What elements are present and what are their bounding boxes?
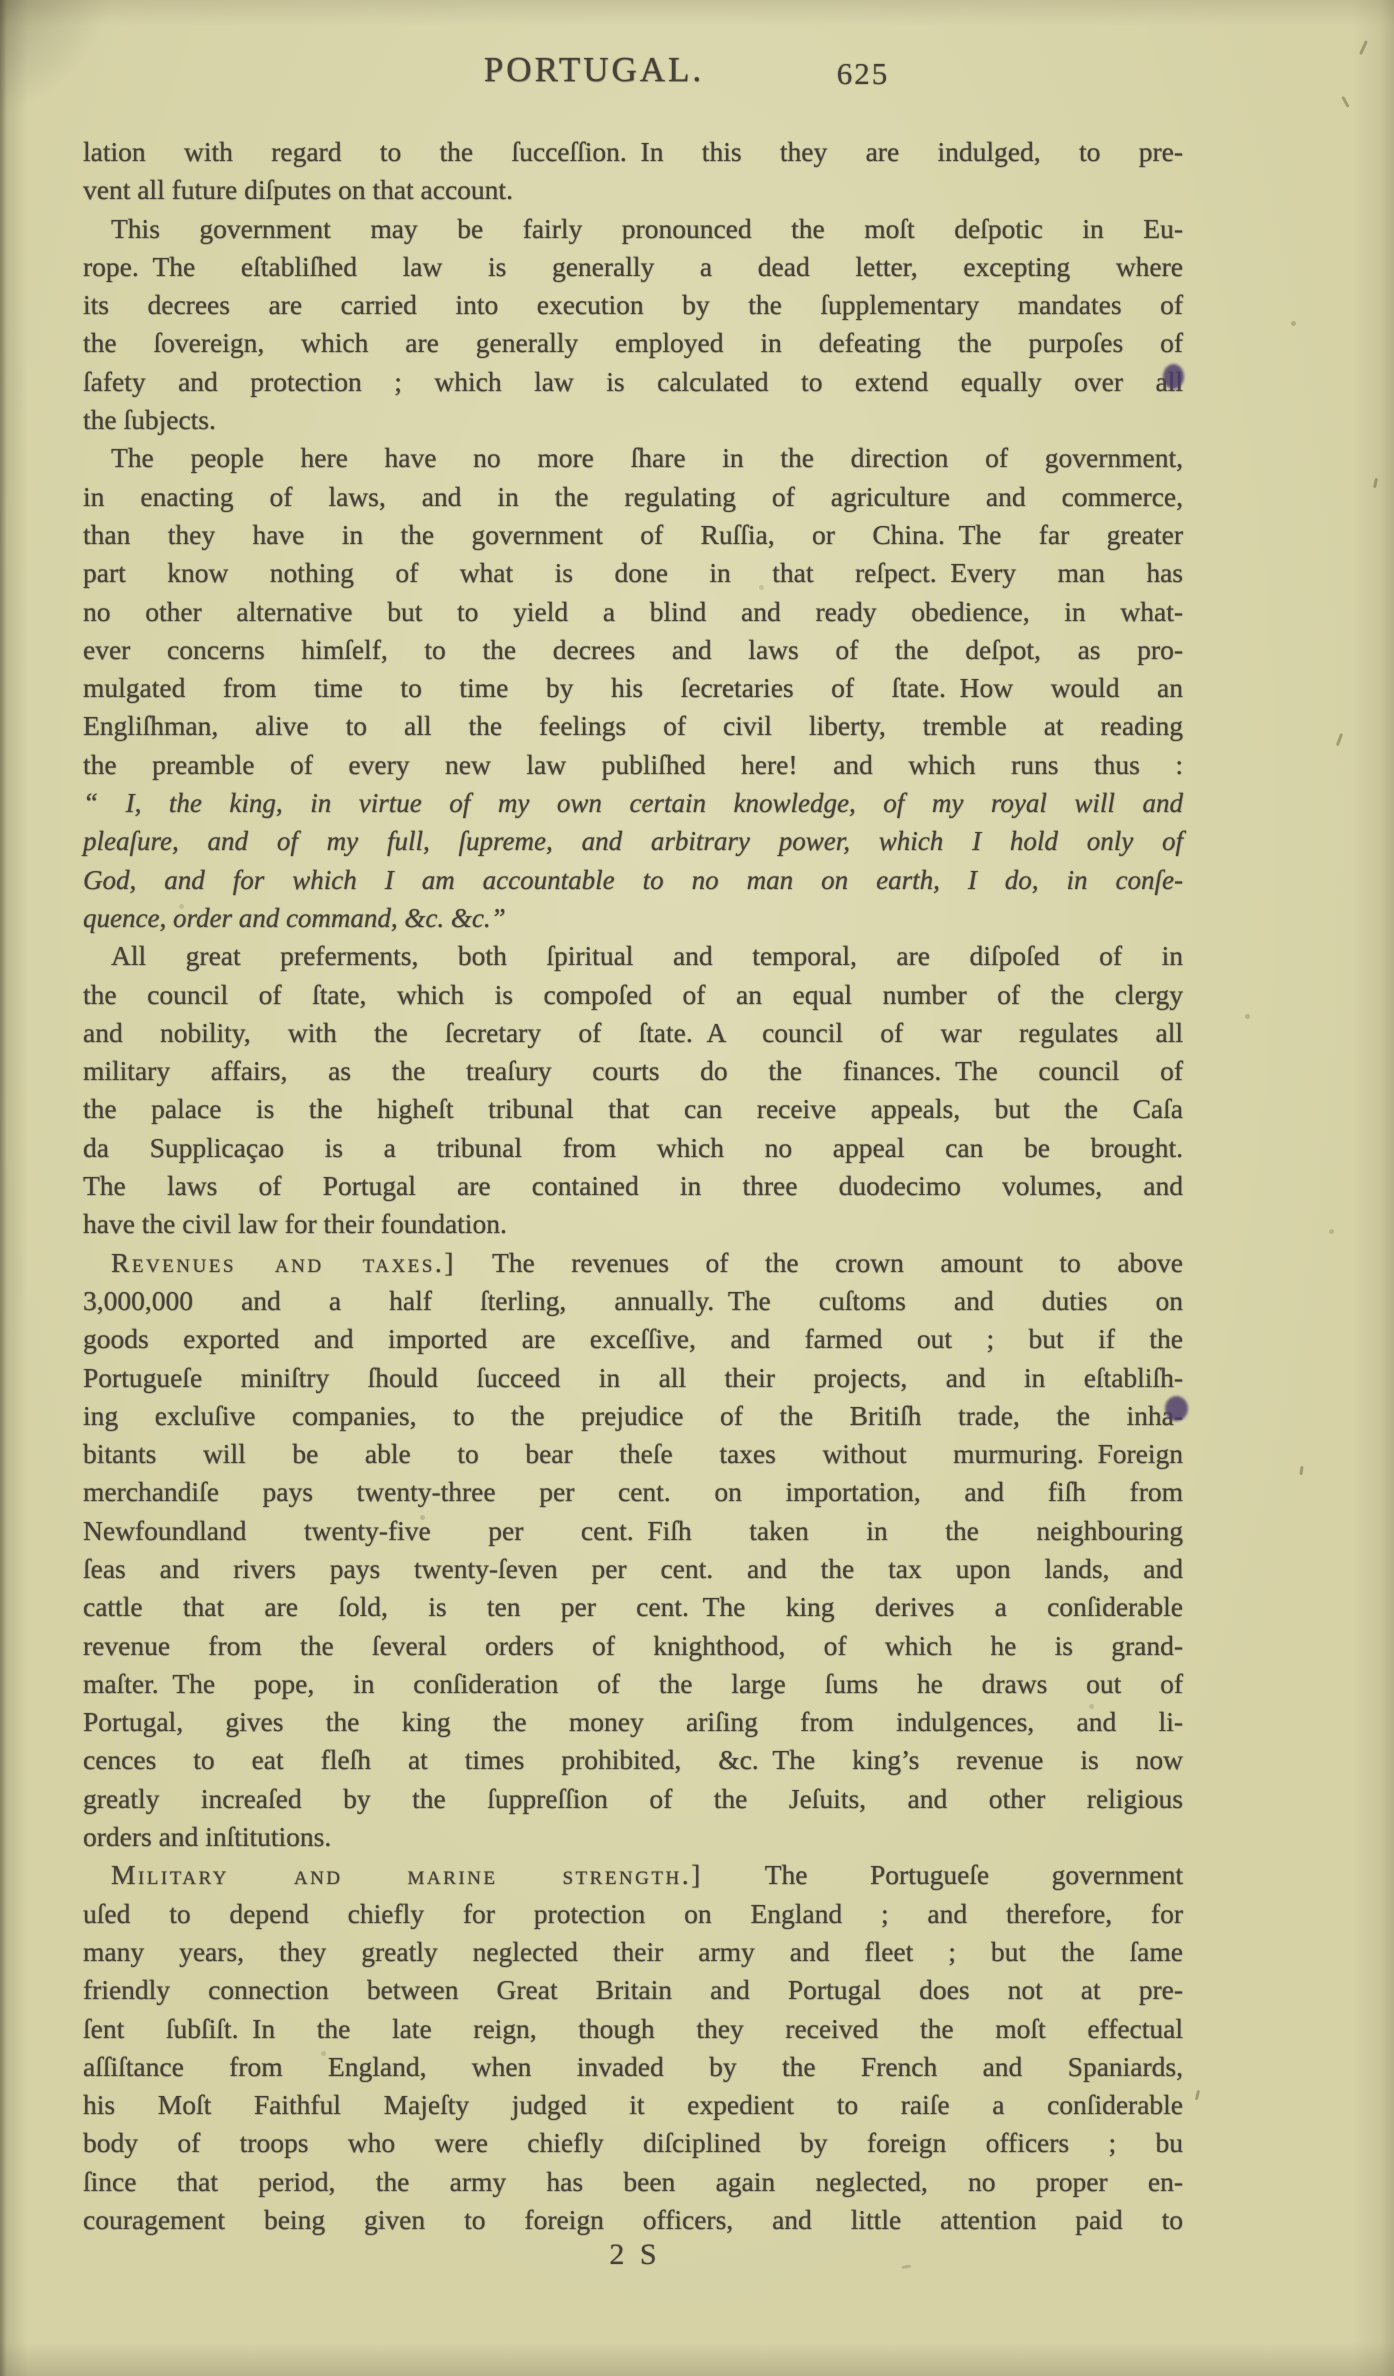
- text-line: body of troops who were chiefly diſcipli…: [83, 2124, 1183, 2162]
- text-line: the preamble of every new law publiſhed …: [83, 746, 1183, 784]
- text-line: in enacting of laws, and in the regulati…: [83, 478, 1183, 516]
- text-line: Revenues and taxes.] The revenues of the…: [83, 1244, 1183, 1282]
- margin-mark: [1299, 1466, 1303, 1475]
- text-line: cattle that are ſold, is ten per cent. T…: [83, 1588, 1183, 1626]
- text-line: ever concerns himſelf, to the decrees an…: [83, 631, 1183, 669]
- text-line: rope. The eſtabliſhed law is generally a…: [83, 248, 1183, 286]
- text-line: cences to eat fleſh at times prohibited,…: [83, 1741, 1183, 1779]
- text-line: pleaſure, and of my full, ſupreme, and a…: [83, 822, 1183, 860]
- margin-mark: [1359, 40, 1367, 55]
- text-line: the ſovereign, which are generally emplo…: [83, 324, 1183, 362]
- text-line: many years, they greatly neglected their…: [83, 1933, 1183, 1971]
- section-heading: Military and marine strength.]: [111, 1859, 703, 1890]
- text-line: ſeas and rivers pays twenty-ſeven per ce…: [83, 1550, 1183, 1588]
- ink-blob: [1163, 364, 1184, 389]
- text-line: aſſiſtance from England, when invaded by…: [83, 2048, 1183, 2086]
- text-line: Military and marine strength.] The Portu…: [83, 1856, 1183, 1894]
- text-line: have the civil law for their foundation.: [83, 1205, 1183, 1243]
- text-line: The laws of Portugal are contained in th…: [83, 1167, 1183, 1205]
- text-line: The people here have no more ſhare in th…: [83, 439, 1183, 477]
- text-line: quence, order and command, &c. &c.”: [83, 899, 1183, 937]
- text-line: the council of ſtate, which is compoſed …: [83, 976, 1183, 1014]
- text-line: Portugueſe miniſtry ſhould ſucceed in al…: [83, 1359, 1183, 1397]
- book-page: PORTUGAL. 625 lation with regard to the …: [0, 0, 1394, 2376]
- text-line: mulgated from time to time by his ſecret…: [83, 669, 1183, 707]
- text-line: Newfoundland twenty-five per cent. Fiſh …: [83, 1512, 1183, 1550]
- text-line: Portugal, gives the king the money ariſi…: [83, 1703, 1183, 1741]
- text-line: This government may be fairly pronounced…: [83, 210, 1183, 248]
- text-line: vent all future diſputes on that account…: [83, 171, 1183, 209]
- text-line: the palace is the higheſt tribunal that …: [83, 1090, 1183, 1128]
- text-line: orders and inſtitutions.: [83, 1818, 1183, 1856]
- page-title: PORTUGAL.: [484, 50, 704, 90]
- text-line: merchandiſe pays twenty-three per cent. …: [83, 1473, 1183, 1511]
- section-heading: Revenues and taxes.]: [111, 1247, 456, 1278]
- text-line: the ſubjects.: [83, 401, 1183, 439]
- text-line: uſed to depend chiefly for protection on…: [83, 1895, 1183, 1933]
- text-line: no other alternative but to yield a blin…: [83, 593, 1183, 631]
- text-line: bitants will be able to bear theſe taxes…: [83, 1435, 1183, 1473]
- margin-mark: [1341, 96, 1349, 108]
- paper-specks: [0, 0, 3, 3]
- margin-mark: [1195, 2090, 1200, 2100]
- text-line: his Moſt Faithful Majeſty judged it expe…: [83, 2086, 1183, 2124]
- text-line: ſafety and protection ; which law is cal…: [83, 363, 1183, 401]
- text-line: and nobility, with the ſecretary of ſtat…: [83, 1014, 1183, 1052]
- text-line: goods exported and imported are exceſſiv…: [83, 1320, 1183, 1358]
- text-line: couragement being given to foreign offic…: [83, 2201, 1183, 2239]
- text-line: part know nothing of what is done in tha…: [83, 554, 1183, 592]
- text-line: All great preferments, both ſpiritual an…: [83, 937, 1183, 975]
- text-line: ing excluſive companies, to the prejudic…: [83, 1397, 1183, 1435]
- text-block: lation with regard to the ſucceſſion. In…: [83, 133, 1183, 2239]
- ink-blob: [1165, 1396, 1188, 1421]
- text-line: ſent ſubſiſt. In the late reign, though …: [83, 2010, 1183, 2048]
- margin-mark: [1373, 478, 1378, 488]
- page-number: 625: [837, 56, 890, 92]
- text-line: maſter. The pope, in conſideration of th…: [83, 1665, 1183, 1703]
- text-line: friendly connection between Great Britai…: [83, 1971, 1183, 2009]
- margin-mark: [902, 2264, 911, 2268]
- signature-mark: 2 S: [609, 2238, 656, 2272]
- margin-mark: [1336, 733, 1343, 746]
- text-line: than they have in the government of Ruſſ…: [83, 516, 1183, 554]
- text-line: 3,000,000 and a half ſterling, annually.…: [83, 1282, 1183, 1320]
- text-line: ſince that period, the army has been aga…: [83, 2163, 1183, 2201]
- text-line: lation with regard to the ſucceſſion. In…: [83, 133, 1183, 171]
- text-line: revenue from the ſeveral orders of knigh…: [83, 1627, 1183, 1665]
- text-line: Engliſhman, alive to all the feelings of…: [83, 707, 1183, 745]
- text-line: greatly increaſed by the ſuppreſſion of …: [83, 1780, 1183, 1818]
- text-line: “ I, the king, in virtue of my own certa…: [83, 784, 1183, 822]
- text-line: military affairs, as the treaſury courts…: [83, 1052, 1183, 1090]
- text-line: its decrees are carried into execution b…: [83, 286, 1183, 324]
- text-line: God, and for which I am accountable to n…: [83, 861, 1183, 899]
- text-line: da Supplicaçao is a tribunal from which …: [83, 1129, 1183, 1167]
